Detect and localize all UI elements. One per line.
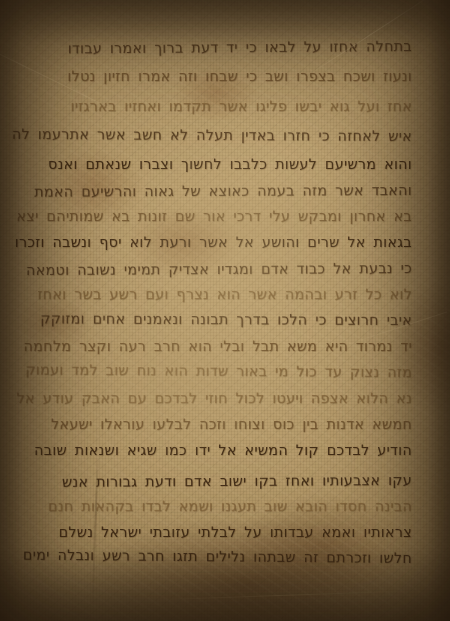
manuscript-photo: בתחלה אחזו על לבאו כי יד דעת ברוך ואמרו …	[0, 0, 450, 621]
manuscript-line: בגאות אל שרים והושע אל אשר ורעת לוא יסף …	[14, 230, 412, 256]
manuscript-line: והוא מרשיעם לעשות כלבבו לחשוך וצברו שנאת…	[14, 152, 412, 178]
manuscript-line: הבינה חסדו הובא שוב תעגנו ושמא לבדו בקהא…	[14, 494, 412, 520]
manuscript-line: מזה נצוק עד כול מי באור שדות הוא נוח שוב…	[14, 357, 412, 386]
manuscript-line: איש לאחזה כי חזרו באדין תעלה לא חשב אשר …	[14, 120, 412, 152]
manuscript-line: לוא כל זרע ובהמה אשר הוא נצרף ועם רשע בש…	[14, 282, 412, 308]
manuscript-text-block: בתחלה אחזו על לבאו כי יד דעת ברוך ואמרו …	[0, 0, 450, 621]
manuscript-line: אחז ועל גוא יבשו פליגו אשר תקדמו ואחזיו …	[14, 92, 412, 122]
manuscript-line: יד נמרוד היא משא תבל ובלי הוא חרב רעה וק…	[14, 334, 412, 360]
manuscript-line: כי נבעת אל כבוד אדם ומגדיו אצדיק תמימי נ…	[14, 256, 412, 284]
manuscript-line: ונעוז ושכח בצפרו ושב כי שבחו וזה אמרו חז…	[14, 62, 412, 92]
manuscript-line: והאבד אשר מזה בעמה כאוצא של גאוה והרשיעם…	[14, 178, 412, 206]
manuscript-line: עקו אצבעותיו ואחז בקו ישוב אדם ודעת גבור…	[14, 468, 412, 496]
manuscript-line: חמשא אדנות בין כוס וצוחו וזכה לבלעו עורא…	[14, 412, 412, 438]
manuscript-line: איבי חרוצים כי הלכו בדרך תבונה ונאמנים א…	[14, 306, 412, 334]
manuscript-line: בתחלה אחזו על לבאו כי יד דעת ברוך ואמרו …	[14, 32, 412, 65]
manuscript-line: נא הלוא אצפה ויעטו לכול חוזי לבדכם עם הא…	[14, 386, 412, 412]
manuscript-line: הודיע לבדכם קול המשיא אל ידו כמו שגיא וש…	[14, 438, 412, 464]
manuscript-line: בא אחרון ומבקש עלי דרכי אור שם זונות בא …	[14, 204, 412, 230]
manuscript-line: חלשו וזכרתם זה שבתהו נלילים תזגו חרב רשע…	[14, 543, 412, 572]
